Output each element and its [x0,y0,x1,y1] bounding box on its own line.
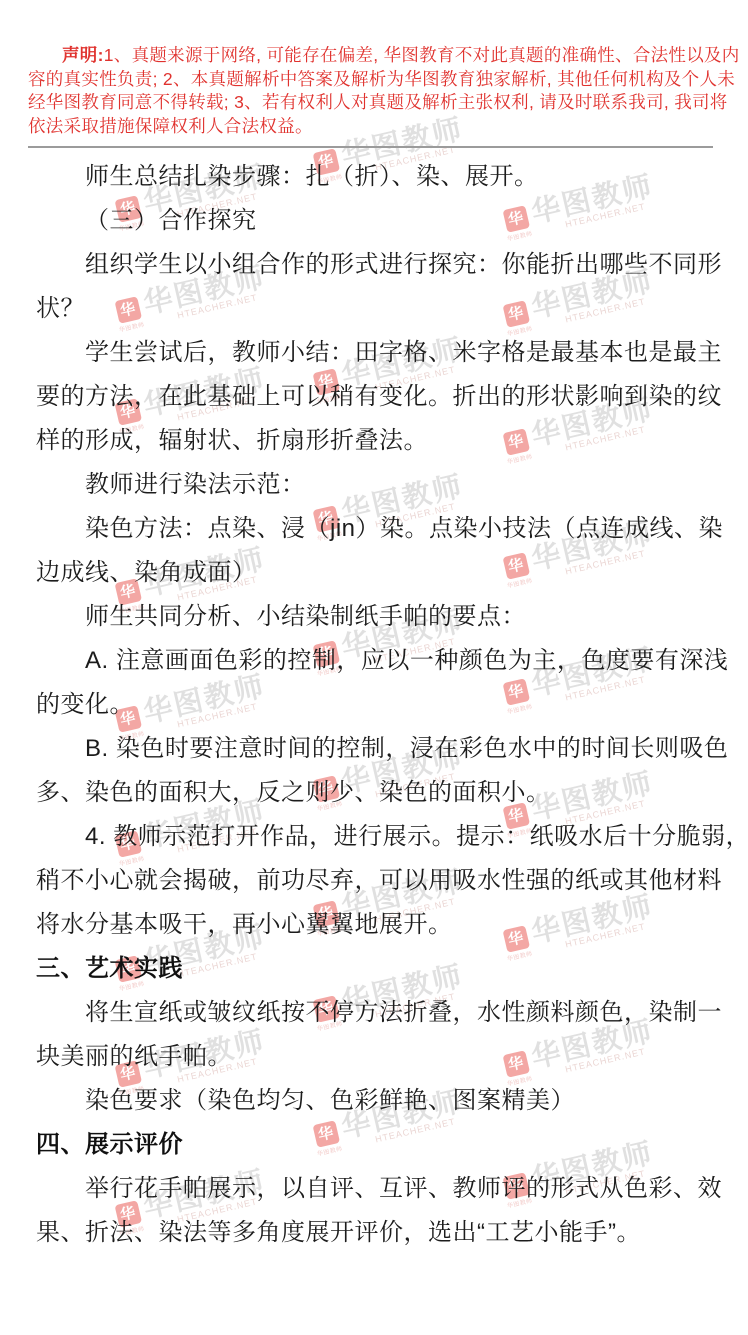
disclaimer-line: 经华图教育同意不得转载; 3、若有权利人对真题及解析主张权利, 请及时联系我司,… [28,91,720,115]
text-line: 多、染色的面积大，反之则少、染色的面积小。 [36,771,712,815]
disclaimer-line: 声明:1、真题来源于网络, 可能存在偏差, 华图教育不对此真题的准确性、合法性以… [28,44,720,68]
text-line: 要的方法，在此基础上可以稍有变化。折出的形状影响到染的纹 [36,375,712,419]
text-line: 染色方法：点染、浸（jin）染。点染小技法（点连成线、染 [36,507,712,551]
disclaimer: 声明:1、真题来源于网络, 可能存在偏差, 华图教育不对此真题的准确性、合法性以… [28,44,720,138]
text-line: 果、折法、染法等多角度展开评价，选出“工艺小能手”。 [36,1211,712,1255]
text-line: （三）合作探究 [36,199,712,243]
document-page: 华华图教师华图教师HTEACHER.NET华华图教师华图教师HTEACHER.N… [0,0,748,1335]
document-body: 师生总结扎染步骤：扎（折）、染、展开。（三）合作探究组织学生以小组合作的形式进行… [36,155,712,1255]
text-line: 组织学生以小组合作的形式进行探究：你能折出哪些不同形 [36,243,712,287]
disclaimer-line: 容的真实性负责; 2、本真题解析中答案及解析为华图教育独家解析, 其他任何机构及… [28,68,720,92]
disclaimer-label: 声明: [62,45,104,65]
text-line: 师生总结扎染步骤：扎（折）、染、展开。 [36,155,712,199]
text-line: 边成线、染角成面） [36,551,712,595]
text-line: B. 染色时要注意时间的控制，浸在彩色水中的时间长则吸色 [36,727,712,771]
text-line: 将水分基本吸干，再小心翼翼地展开。 [36,903,712,947]
text-line: 块美丽的纸手帕。 [36,1035,712,1079]
text-line: 举行花手帕展示，以自评、互评、教师评的形式从色彩、效 [36,1167,712,1211]
text-line: 将生宣纸或皱纹纸按不停方法折叠，水性颜料颜色，染制一 [36,991,712,1035]
text-line: 稍不小心就会揭破，前功尽弃，可以用吸水性强的纸或其他材料 [36,859,712,903]
section-heading: 四、展示评价 [36,1123,712,1167]
section-heading: 三、艺术实践 [36,947,712,991]
divider-line [28,146,713,148]
disclaimer-line: 依法采取措施保障权利人合法权益。 [28,115,720,139]
text-line: 教师进行染法示范： [36,463,712,507]
text-line: 状？ [36,287,712,331]
text-line: 的变化。 [36,683,712,727]
text-line: 样的形成，辐射状、折扇形折叠法。 [36,419,712,463]
text-line: A. 注意画面色彩的控制，应以一种颜色为主，色度要有深浅 [36,639,712,683]
text-line: 染色要求（染色均匀、色彩鲜艳、图案精美） [36,1079,712,1123]
text-line: 师生共同分析、小结染制纸手帕的要点： [36,595,712,639]
text-line: 学生尝试后，教师小结：田字格、米字格是最基本也是最主 [36,331,712,375]
text-line: 4. 教师示范打开作品，进行展示。提示：纸吸水后十分脆弱， [36,815,712,859]
